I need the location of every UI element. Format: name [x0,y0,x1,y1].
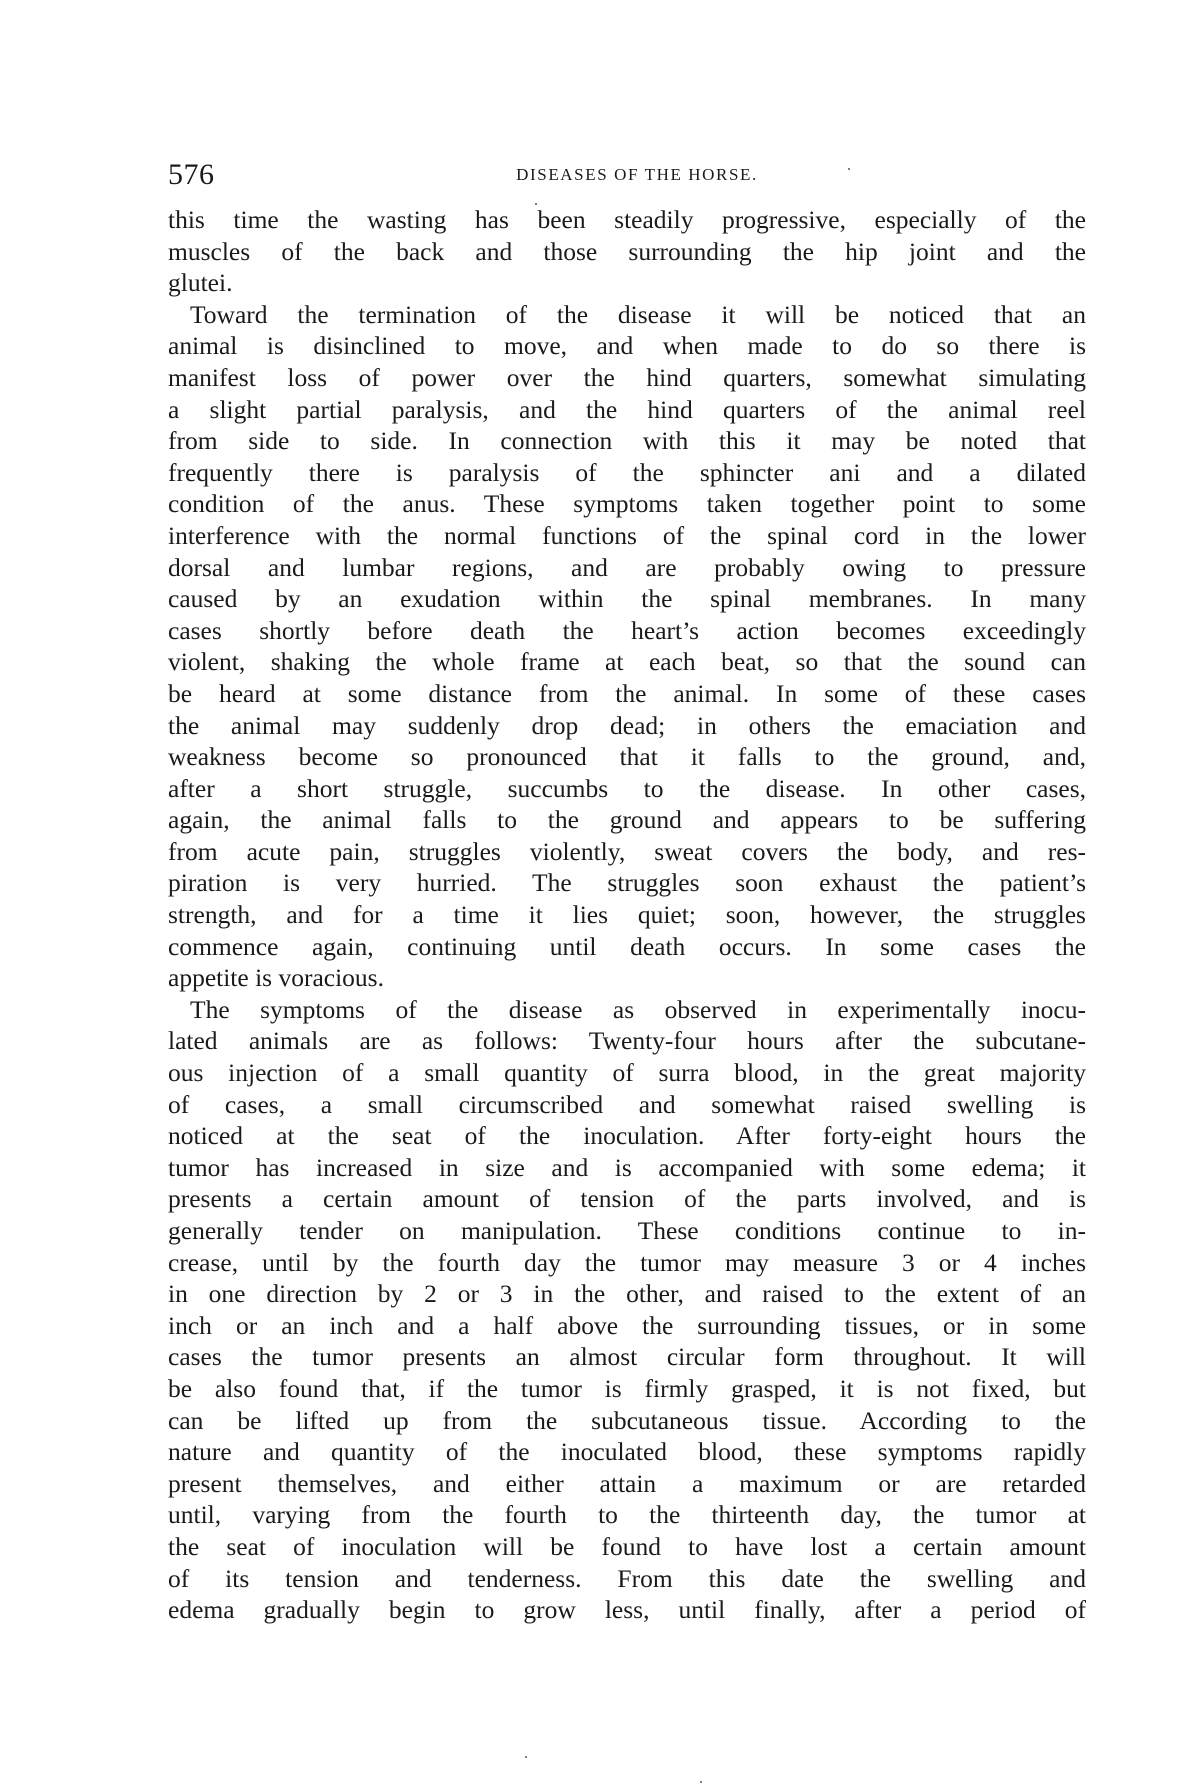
text-line: presents a certain amount of tension of … [168,1183,1086,1215]
text-line: condition of the anus. These symptoms ta… [168,488,1086,520]
text-line: of cases, a small circumscribed and some… [168,1089,1086,1121]
text-line: commence again, continuing until death o… [168,931,1086,963]
text-line: generally tender on manipulation. These … [168,1215,1086,1247]
text-line: ous injection of a small quantity of sur… [168,1057,1086,1089]
text-line: the animal may suddenly drop dead; in ot… [168,710,1086,742]
text-line: the seat of inoculation will be found to… [168,1531,1086,1563]
text-line: can be lifted up from the subcutaneous t… [168,1405,1086,1437]
text-line: this time the wasting has been steadily … [168,204,1086,236]
text-line: from side to side. In connection with th… [168,425,1086,457]
paragraph: Toward the termination of the disease it… [168,299,1086,994]
text-line: be also found that, if the tumor is firm… [168,1373,1086,1405]
text-line: lated animals are as follows: Twenty-fou… [168,1025,1086,1057]
text-line: of its tension and tenderness. From this… [168,1563,1086,1595]
text-line: The symptoms of the disease as observed … [168,994,1086,1026]
text-line: tumor has increased in size and is accom… [168,1152,1086,1184]
text-line: present themselves, and either attain a … [168,1468,1086,1500]
text-line: be heard at some distance from the anima… [168,678,1086,710]
text-line: piration is very hurried. The struggles … [168,867,1086,899]
text-line: inch or an inch and a half above the sur… [168,1310,1086,1342]
book-page: 576 DISEASES OF THE HORSE. this time the… [168,158,1086,1626]
text-line: strength, and for a time it lies quiet; … [168,899,1086,931]
scan-speck [700,1781,702,1783]
paragraph: The symptoms of the disease as observed … [168,994,1086,1626]
text-line: a slight partial paralysis, and the hind… [168,394,1086,426]
text-line: frequently there is paralysis of the sph… [168,457,1086,489]
scan-speck [525,1756,527,1758]
text-line: dorsal and lumbar regions, and are proba… [168,552,1086,584]
text-line: noticed at the seat of the inoculation. … [168,1120,1086,1152]
text-line: until, varying from the fourth to the th… [168,1499,1086,1531]
text-line: cases shortly before death the heart’s a… [168,615,1086,647]
text-line: appetite is voracious. [168,962,1086,994]
text-line: glutei. [168,267,1086,299]
body-text: this time the wasting has been steadily … [168,204,1086,1626]
text-line: edema gradually begin to grow less, unti… [168,1594,1086,1626]
text-line: violent, shaking the whole frame at each… [168,646,1086,678]
text-line: Toward the termination of the disease it… [168,299,1086,331]
text-line: interference with the normal functions o… [168,520,1086,552]
text-line: manifest loss of power over the hind qua… [168,362,1086,394]
paragraph: this time the wasting has been steadily … [168,204,1086,299]
text-line: nature and quantity of the inoculated bl… [168,1436,1086,1468]
text-line: from acute pain, struggles violently, sw… [168,836,1086,868]
running-head: 576 DISEASES OF THE HORSE. [168,158,1086,192]
running-title: DISEASES OF THE HORSE. [168,164,1086,186]
text-line: weakness become so pronounced that it fa… [168,741,1086,773]
text-line: muscles of the back and those surroundin… [168,236,1086,268]
text-line: in one direction by 2 or 3 in the other,… [168,1278,1086,1310]
text-line: crease, until by the fourth day the tumo… [168,1247,1086,1279]
text-line: caused by an exudation within the spinal… [168,583,1086,615]
text-line: animal is disinclined to move, and when … [168,330,1086,362]
text-line: again, the animal falls to the ground an… [168,804,1086,836]
text-line: after a short struggle, succumbs to the … [168,773,1086,805]
text-line: cases the tumor presents an almost circu… [168,1341,1086,1373]
